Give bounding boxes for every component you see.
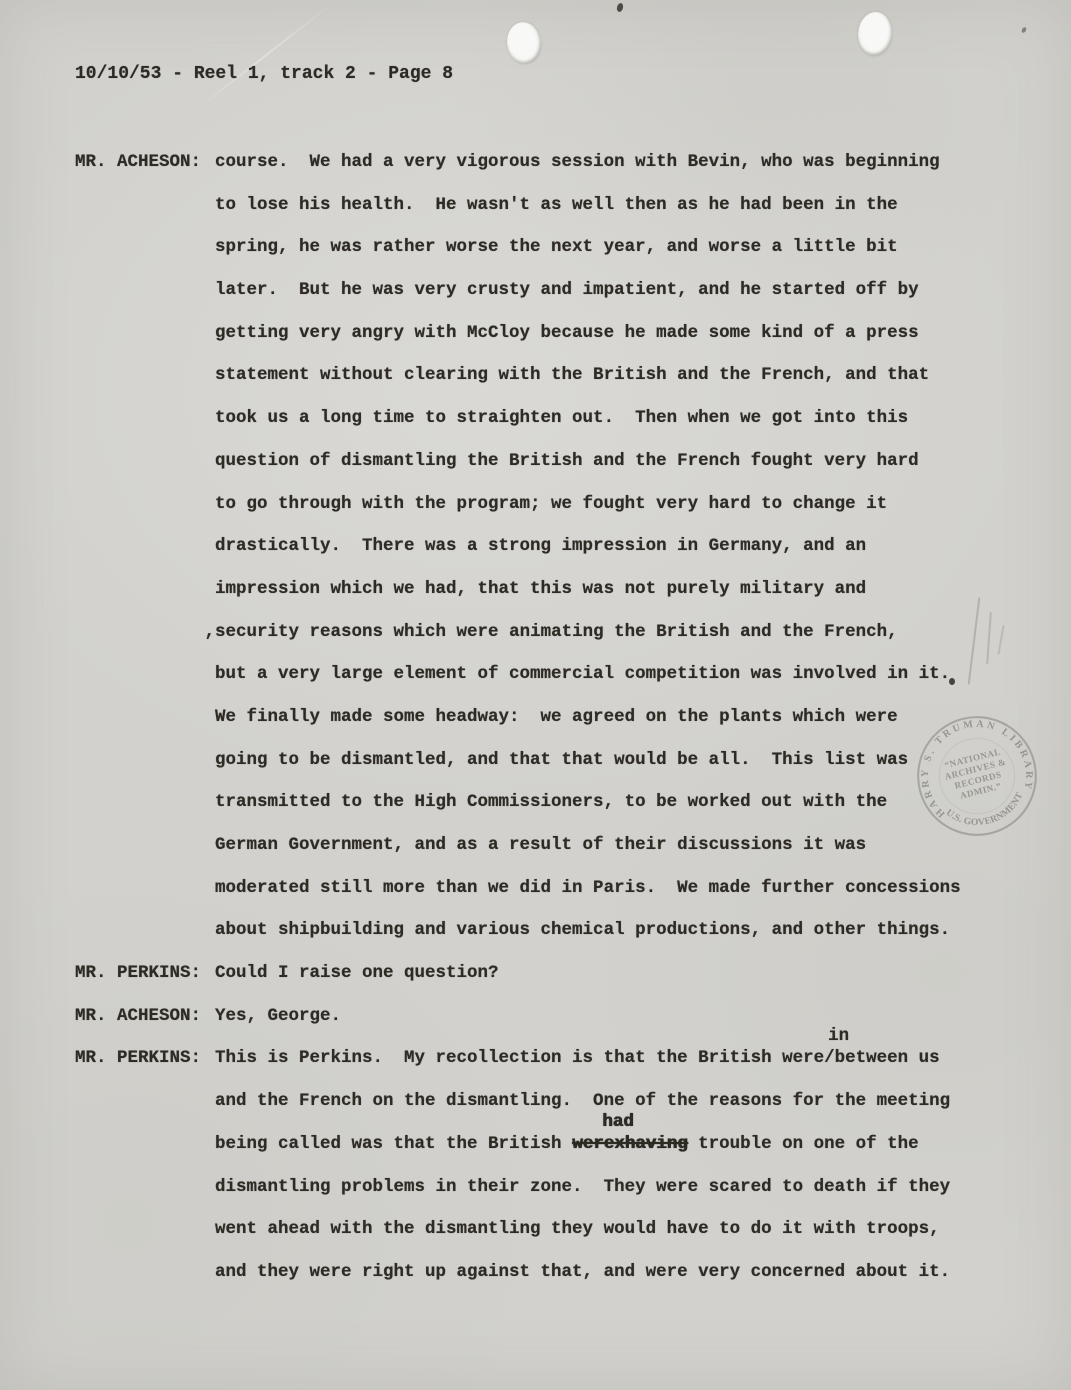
transcript-line: MR. PERKINS:Could I raise one question? [75,952,1051,995]
line-text: about shipbuilding and various chemical … [215,920,950,940]
line-text: went ahead with the dismantling they wou… [215,1219,940,1239]
line-text: security reasons which were animating th… [215,622,898,642]
line-text: getting very angry with McCloy because h… [215,323,919,343]
line-text: Yes, George. [215,1006,341,1026]
line-text: to go through with the program; we fough… [215,494,887,514]
transcript-line: to lose his health. He wasn't as well th… [75,184,1051,227]
line-text: /in [824,1048,835,1068]
speaker-label: MR. PERKINS: [75,1037,201,1080]
line-text: being called was that the British [215,1134,572,1154]
struck-out-text: werexhavinghad [572,1134,688,1154]
line-text: question of dismantling the British and … [215,451,919,471]
transcript-line: and the French on the dismantling. One o… [75,1080,1051,1123]
transcript-line: transmitted to the High Commissioners, t… [75,781,1051,824]
transcript-line: MR. PERKINS:This is Perkins. My recollec… [75,1037,1051,1080]
transcript-line: dismantling problems in their zone. They… [75,1166,1051,1209]
line-text: We finally made some headway: we agreed … [215,707,898,727]
line-text: drastically. There was a strong impressi… [215,536,866,556]
inserted-correction-word: had [602,1114,634,1132]
inserted-correction-word: in [828,1028,849,1046]
ink-speck [1021,26,1027,33]
punch-hole [504,20,544,66]
line-text: This is Perkins. My recollection is that… [215,1048,824,1068]
line-text: later. But he was very crusty and impati… [215,280,919,300]
transcript-line: getting very angry with McCloy because h… [75,312,1051,355]
transcript-line: drastically. There was a strong impressi… [75,525,1051,568]
transcript-line: later. But he was very crusty and impati… [75,269,1051,312]
line-text: going to be dismantled, and that that wo… [215,750,908,770]
page-header: 10/10/53 - Reel 1, track 2 - Page 8 [75,64,453,84]
line-text: and the French on the dismantling. One o… [215,1091,950,1111]
transcript-line: about shipbuilding and various chemical … [75,909,1051,952]
transcript-line: but a very large element of commercial c… [75,653,1051,696]
transcript-line: spring, he was rather worse the next yea… [75,226,1051,269]
line-text: trouble on one of the [688,1134,919,1154]
paper-crease [197,3,332,109]
line-text: , [205,622,216,642]
line-text: and they were right up against that, and… [215,1262,950,1282]
speaker-label: MR. ACHESON: [75,995,201,1038]
punch-hole [857,11,894,57]
transcript-line: took us a long time to straighten out. T… [75,397,1051,440]
line-text: to lose his health. He wasn't as well th… [215,195,898,215]
line-text: between us [835,1048,940,1068]
transcript-line: and they were right up against that, and… [75,1251,1051,1294]
transcript-line: statement without clearing with the Brit… [75,354,1051,397]
transcript-line: moderated still more than we did in Pari… [75,867,1051,910]
line-text: but a very large element of commercial c… [215,664,950,684]
transcript-line: being called was that the British werexh… [75,1123,1051,1166]
transcript-line: MR. ACHESON:Yes, George. [75,995,1051,1038]
speaker-label: MR. PERKINS: [75,952,201,995]
line-text: German Government, and as a result of th… [215,835,866,855]
transcript-line: German Government, and as a result of th… [75,824,1051,867]
speaker-label: MR. ACHESON: [75,141,201,184]
transcript-line: MR. ACHESON:course. We had a very vigoro… [75,141,1051,184]
transcript-line: impression which we had, that this was n… [75,568,1051,611]
transcript-line: question of dismantling the British and … [75,440,1051,483]
line-text: took us a long time to straighten out. T… [215,408,908,428]
line-text: transmitted to the High Commissioners, t… [215,792,887,812]
transcript-line: went ahead with the dismantling they wou… [75,1208,1051,1251]
document-page: 10/10/53 - Reel 1, track 2 - Page 8 MR. … [0,0,1071,1390]
line-text: course. We had a very vigorous session w… [215,152,940,172]
line-text: spring, he was rather worse the next yea… [215,237,898,257]
line-text: statement without clearing with the Brit… [215,365,929,385]
line-text: dismantling problems in their zone. They… [215,1177,950,1197]
transcript-body: MR. ACHESON:course. We had a very vigoro… [75,141,1051,1294]
ink-speck [616,2,624,12]
line-text: impression which we had, that this was n… [215,579,866,599]
line-text: Could I raise one question? [215,963,499,983]
transcript-line: to go through with the program; we fough… [75,483,1051,526]
line-text: moderated still more than we did in Pari… [215,878,961,898]
transcript-line: ,security reasons which were animating t… [75,611,1051,654]
